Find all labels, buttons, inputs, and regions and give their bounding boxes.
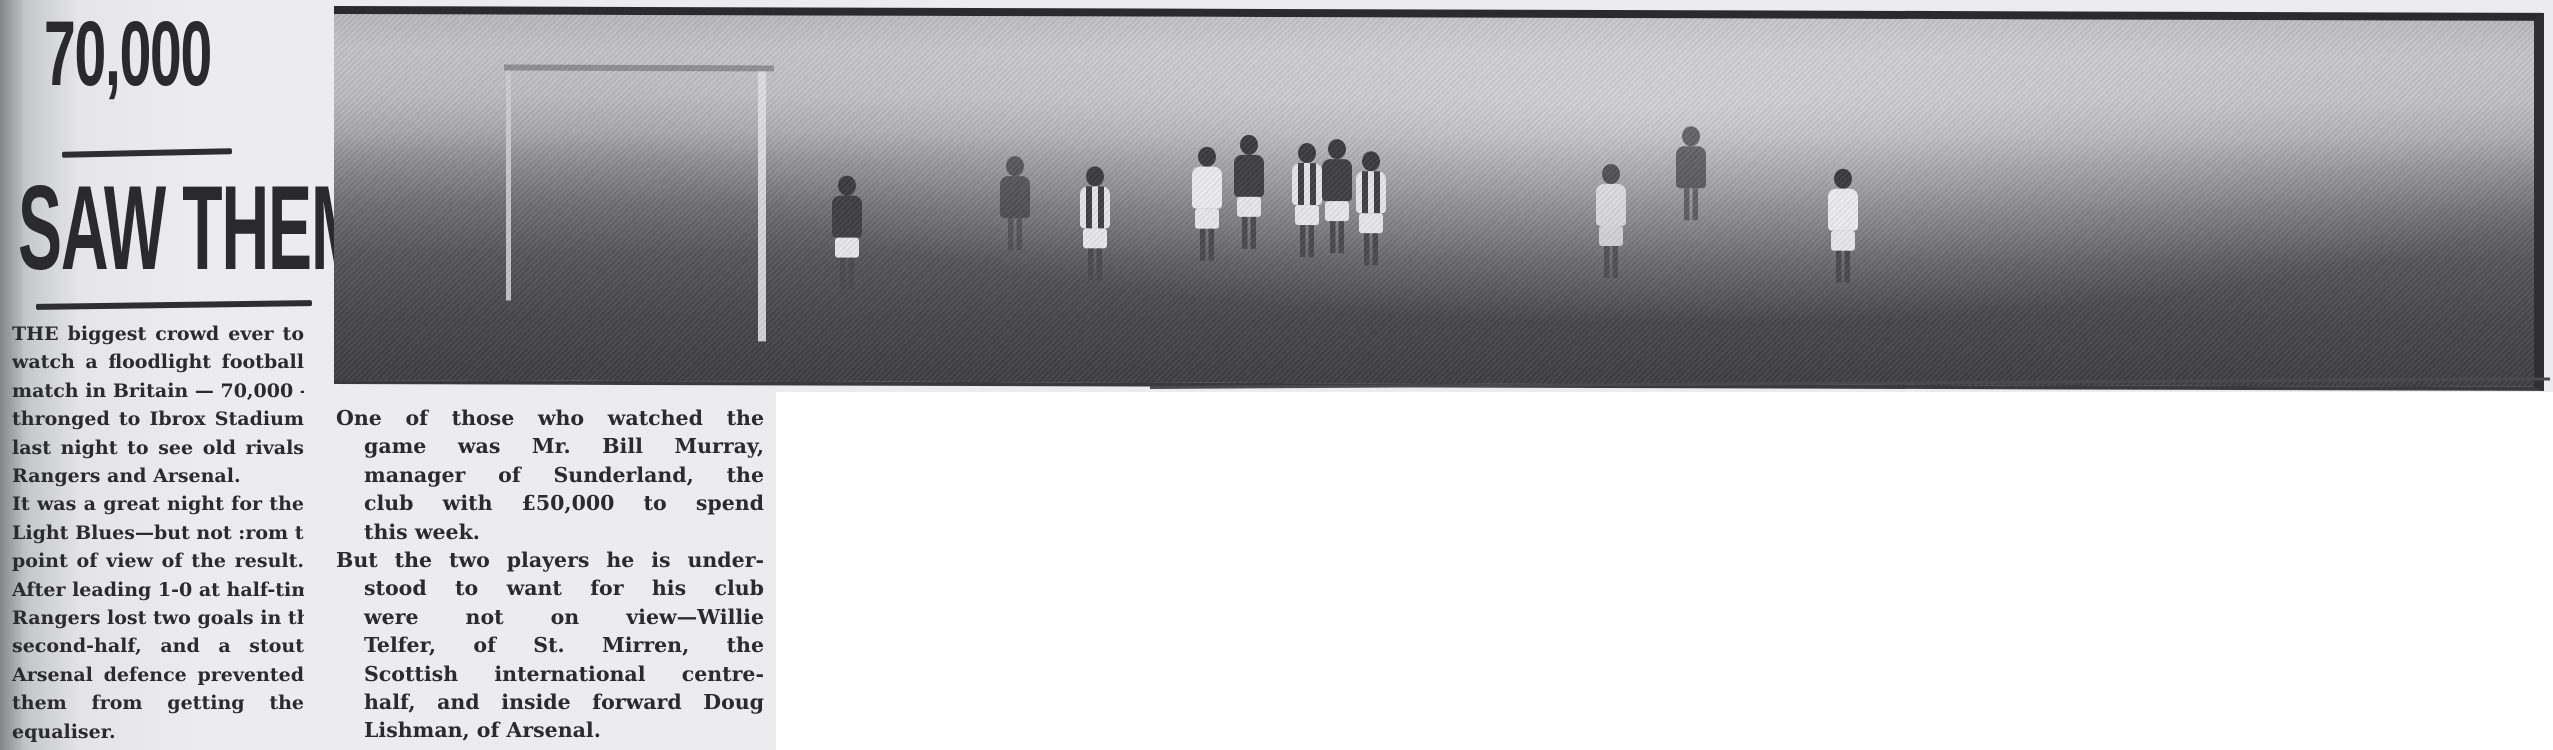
text-line: Arsenal defence prevented (12, 661, 304, 689)
headline: 70,000 SAW THEM (18, 8, 308, 100)
text-line: Lishman, of Arsenal. (336, 716, 764, 744)
headline-line-2: SAW THEM (18, 168, 365, 288)
text-line: match in Britain — 70,000 — (12, 377, 304, 405)
headline-line-1: 70,000 (44, 8, 208, 100)
halftone-texture (334, 14, 2534, 387)
text-line: watch a floodlight football (12, 348, 304, 376)
text-line: It was a great night for the (12, 490, 304, 518)
text-line: After leading 1-0 at half-time, (12, 576, 304, 604)
text-line: Rangers and Arsenal. (12, 462, 304, 490)
text-line: this week. (336, 518, 764, 546)
text-line: thronged to Ibrox Stadium (12, 405, 304, 433)
text-line: point of view of the result. (12, 547, 304, 575)
text-line: equaliser. (12, 718, 304, 746)
text-line: Light Blues—but not :rom the (12, 519, 304, 547)
blank-area (776, 392, 2553, 750)
article-column-2: One of those who watched the game was Mr… (336, 404, 764, 745)
text-line: manager of Sunderland, the (336, 461, 764, 489)
text-line: them from getting the (12, 689, 304, 717)
text-line: One of those who watched the (336, 404, 764, 432)
text-line: game was Mr. Bill Murray, (336, 432, 764, 460)
text-line: stood to want for his club (336, 574, 764, 602)
text-line: were not on view—Willie (336, 603, 764, 631)
article-column-1: THE biggest crowd ever to watch a floodl… (12, 320, 304, 746)
match-photograph (334, 6, 2544, 391)
text-line: club with £50,000 to spend (336, 489, 764, 517)
text-line: second-half, and a stout (12, 632, 304, 660)
text-line: Scottish international centre- (336, 660, 764, 688)
text-line: But the two players he is under- (336, 546, 764, 574)
text-line: THE biggest crowd ever to (12, 320, 304, 348)
text-line: last night to see old rivals (12, 434, 304, 462)
text-line: Rangers lost two goals in the (12, 604, 304, 632)
text-line: Telfer, of St. Mirren, the (336, 631, 764, 659)
text-line: half, and inside forward Doug (336, 688, 764, 716)
